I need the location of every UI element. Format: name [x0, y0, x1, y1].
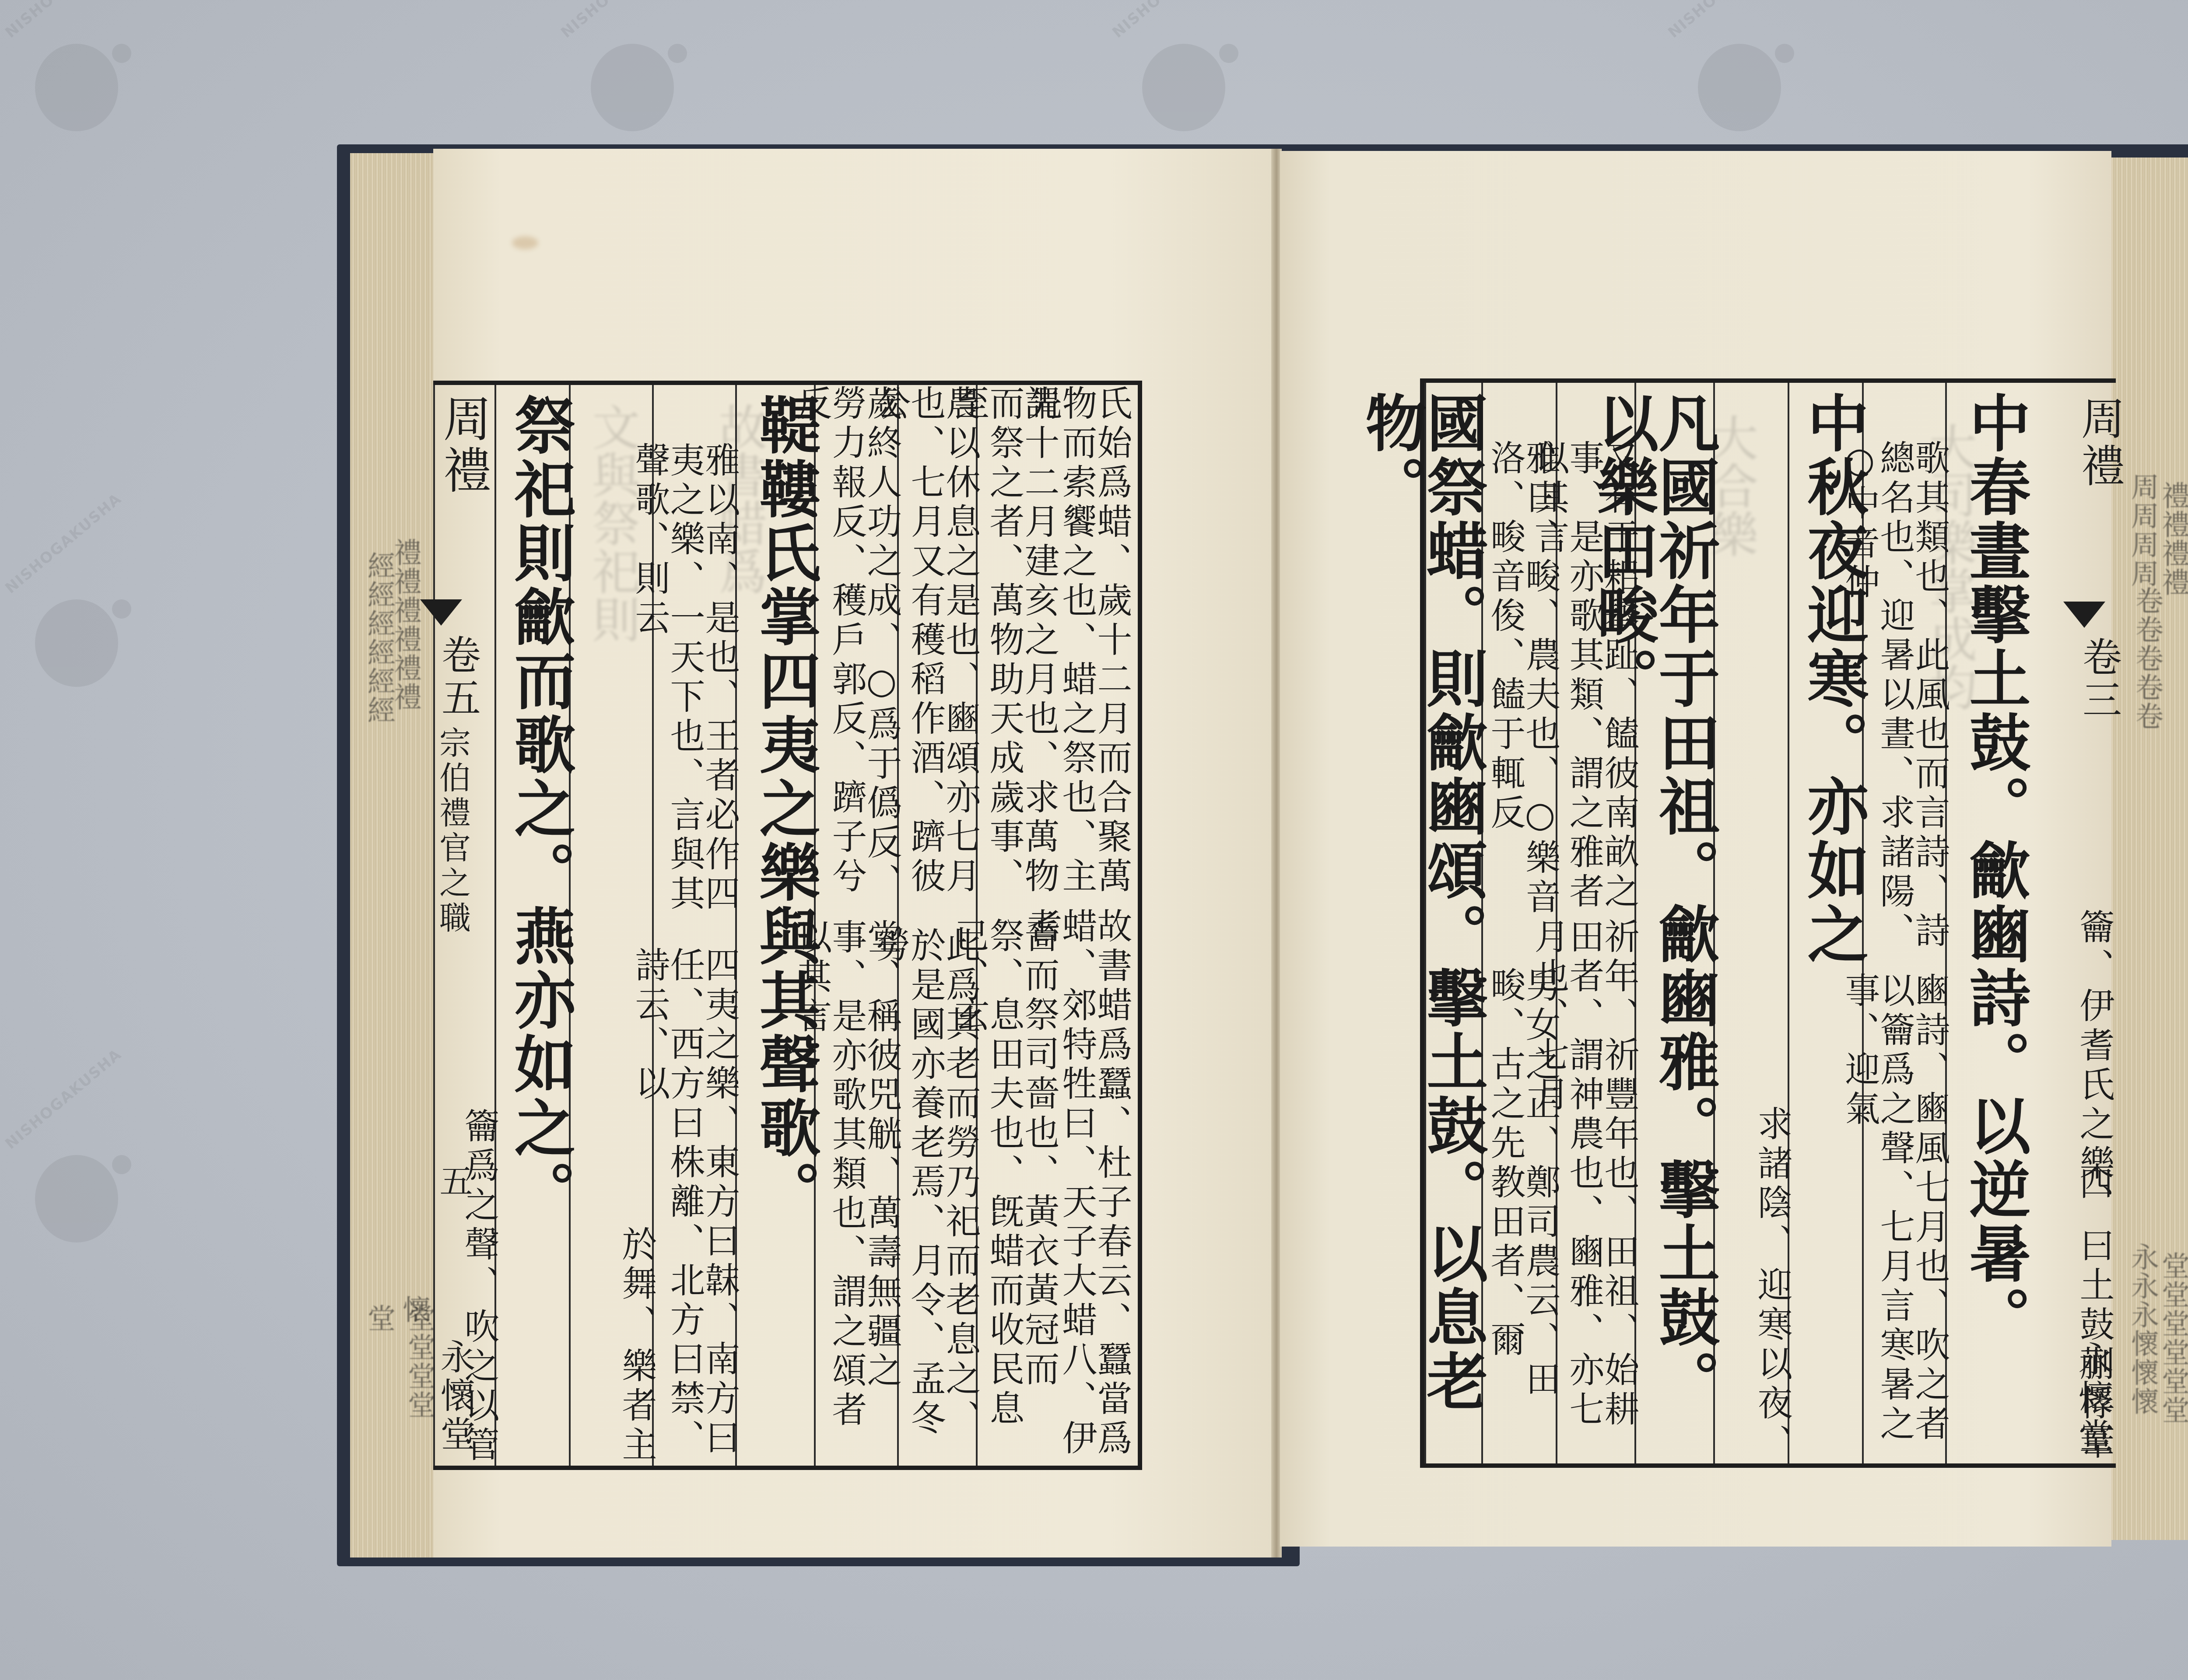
margin-publisher: 永懷堂 [2068, 1341, 2118, 1456]
commentary-pair: 男女之正、鄭司農云、田畯、古之先教田者、爾 雅曰、畯、農夫也、○樂音洛、畯音俊、… [1487, 440, 1557, 1463]
commentary-line: 求諸陰、 [1754, 1106, 1789, 1263]
main-text-column: 祈年、祈豐年也、田祖、始耕田者、謂神農也、豳雅、亦七月也、七月 又有于耜舉趾、饁… [1556, 383, 1636, 1463]
commentary-pair: 吹之以管 籥爲之聲、 [461, 442, 496, 1466]
commentary-pair: 迎寒以夜、 求諸陰、 [1754, 440, 1789, 1463]
main-heading-text: 中春晝擊土鼓。龡豳詩。以逆暑。 [1959, 392, 2031, 1350]
margin-title: 周禮 [2068, 396, 2131, 490]
left-page: 文與祭祀則 故書蜡爲 故書蜡爲蠶、杜子春云、蠶當爲蜡、郊特牲曰、天子大蜡八、伊耆… [433, 149, 1278, 1557]
main-text-column: 祭祀則龡而歌之。燕亦如之。 [494, 385, 571, 1466]
main-text-column: 四夷之樂、東方曰韎、南方曰任、西方曰株離、北方曰禁、詩云、以 雅以南、是也、王者… [652, 385, 737, 1466]
main-text-column: 鞮鞻氏掌四夷之樂與其聲歌。 [735, 385, 816, 1466]
watermark-logo: NISHOGAKUSHA [582, 26, 687, 131]
main-text-column: 樂者主 於舞、 [569, 385, 654, 1466]
main-text-column: 堂、稱彼兕觥、萬壽無疆之事、是亦歌其類也、謂之頌者以其言 歲終人功之成、○爲于僞… [814, 385, 899, 1466]
main-text-column: 嗇而祭司嗇也、黃衣黃冠而祭、息田夫也、旣蜡而收民息已、玄 謂十二月建亥之月也、求… [976, 385, 1056, 1466]
main-text-column: 曰土鼓蒯桴葦 籥、伊耆氏之樂、 [2024, 383, 2111, 1463]
commentary-pair: 曰土鼓蒯桴葦 籥、伊耆氏之樂、 [2076, 440, 2111, 1463]
margin-volume: 卷三 [2070, 637, 2127, 722]
main-text-column: 故書蜡爲蠶、杜子春云、蠶當爲蜡、郊特牲曰、天子大蜡八、伊耆 氏始爲蜡、歲十二月而… [1055, 385, 1129, 1466]
commentary-line: 於舞、 [619, 1226, 654, 1344]
main-text-column: 凡國祈年于田祖。龡豳雅。擊土鼓。以樂田畯。 [1634, 383, 1715, 1463]
watermark-logo: NISHOGAKUSHA [26, 26, 131, 131]
margin-title: 周禮 [429, 394, 498, 497]
main-text-column: 男女之正、鄭司農云、田畯、古之先教田者、爾 雅曰、畯、農夫也、○樂音洛、畯音俊、… [1481, 383, 1557, 1463]
main-heading-text: 祭祀則龡而歌之。燕亦如之。 [504, 394, 576, 1224]
main-heading-text: 鞮鞻氏掌四夷之樂與其聲歌。 [749, 394, 821, 1224]
margin-volume: 卷五 [429, 634, 486, 720]
watermark-logo: NISHOGAKUSHA [1689, 26, 1794, 131]
commentary-line: 迎寒以夜、 [1754, 1267, 1789, 1463]
commentary-line: 樂者主 [619, 1347, 654, 1466]
margin-page-number: 四 [2070, 1166, 2118, 1203]
stack-bleed-text: 堂堂堂堂堂堂 [2153, 1251, 2188, 1470]
paper-stain [512, 236, 538, 249]
watermark-logo: NISHOGAKUSHA [26, 582, 131, 687]
commentary-line: 籥爲之聲、 [461, 1108, 496, 1305]
watermark-logo: NISHOGAKUSHA [1133, 26, 1238, 131]
commentary-line: 男女之正、鄭司農云、田畯、古之先教田者、爾 [1487, 967, 1557, 1463]
stack-bleed-text: 卷卷卷卷卷 [2127, 586, 2167, 770]
main-heading-text: 國祭蜡。則龡豳頌。擊土鼓。以息老物。 [1355, 392, 1488, 1414]
commentary-line: 雅曰、畯、農夫也、○樂音洛、畯音俊、饁于輒反 [1487, 440, 1557, 963]
right-text-frame: 曰土鼓蒯桴葦 籥、伊耆氏之樂、 中春晝擊土鼓。龡豳詩。以逆暑。 豳詩、豳風七月也… [1420, 378, 2116, 1468]
main-text-column: 此爲其老而勞乃祀而老息之、於是國亦養老焉、月令、孟冬勞 農以休息之是也、豳頌亦七… [897, 385, 978, 1466]
main-text-column: 中春晝擊土鼓。龡豳詩。以逆暑。 [1945, 383, 2026, 1463]
main-heading-text: 中秋夜迎寒。亦如之 [1797, 392, 1869, 966]
right-page: 大司樂掌成均 大合樂 曰土鼓蒯桴葦 籥、伊耆氏之樂、 中春晝擊土鼓。龡豳詩。以逆… [1280, 151, 2111, 1547]
fishtail-mark [2063, 602, 2105, 628]
main-text-column: 中秋夜迎寒。亦如之 [1788, 383, 1864, 1463]
margin-publisher: 永懷堂 [430, 1339, 480, 1454]
margin-page-number: 五 [430, 1164, 477, 1200]
commentary-pair: 樂者主 於舞、 [619, 442, 654, 1466]
left-text-frame: 故書蜡爲蠶、杜子春云、蠶當爲蜡、郊特牲曰、天子大蜡八、伊耆 氏始爲蜡、歲十二月而… [433, 381, 1142, 1470]
main-text-column: 國祭蜡。則龡豳頌。擊土鼓。以息老物。 [1424, 383, 1483, 1463]
watermark-logo: NISHOGAKUSHA [26, 1137, 131, 1242]
fishtail-mark [420, 599, 462, 626]
stack-bleed-text: 禮禮禮禮禮禮 [385, 538, 425, 731]
margin-chapter: 宗伯禮官之職 [430, 726, 475, 936]
main-text-column: 豳詩、豳風七月也、吹之者以籥爲之聲、七月言寒暑之事、迎氣 歌其類也、此風也而言詩… [1862, 383, 1947, 1463]
main-text-column: 迎寒以夜、 求諸陰、 [1713, 383, 1789, 1463]
